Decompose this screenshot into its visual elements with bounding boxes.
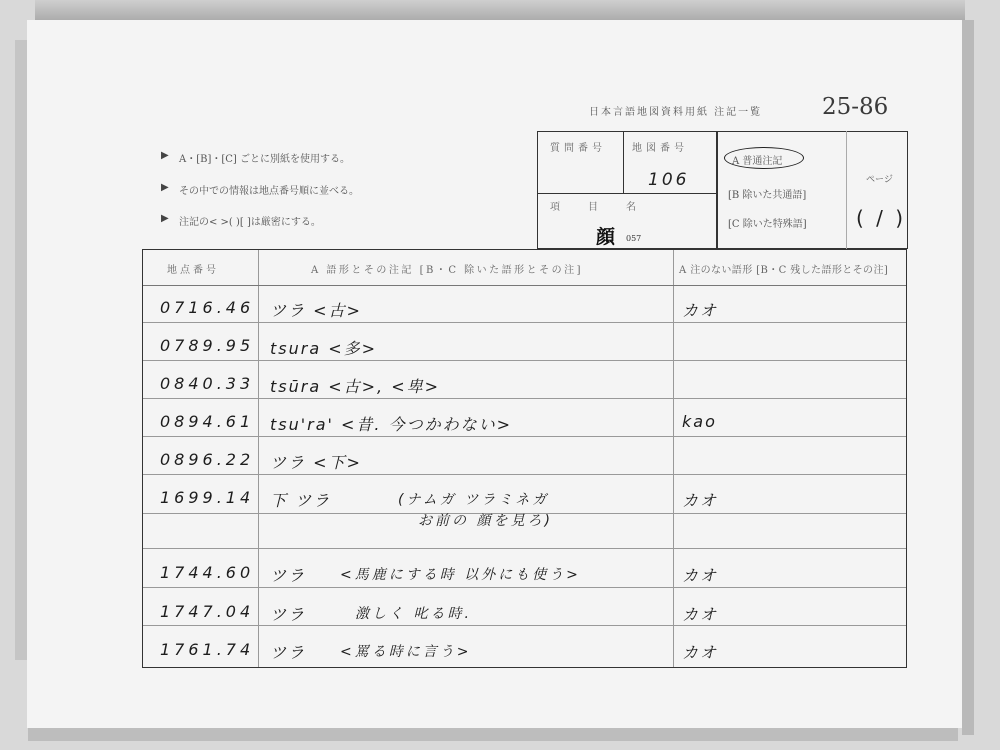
row-rule: [143, 360, 906, 361]
background-shadow: [28, 727, 958, 741]
column-header-plain: A 注のない語形 [B・C 残した語形とその注]: [679, 261, 888, 276]
row-rule: [143, 548, 906, 549]
item-code: 057: [626, 234, 641, 243]
word-form: tsūra <古>, <卑>: [270, 374, 440, 397]
category-c: [C 除いた特殊語]: [728, 215, 807, 230]
instructions: ▶ A・[B]・[C] ごとに別紙を使用する。 ▶ その中での情報は地点番号順に…: [161, 150, 359, 245]
row-rule: [143, 474, 906, 475]
instruction-item: ▶ その中での情報は地点番号順に並べる。: [161, 182, 359, 214]
triangle-bullet-icon: ▶: [161, 213, 179, 224]
word-form: ツラ: [270, 640, 306, 663]
row-rule: [143, 625, 906, 626]
point-number: 1747.04: [160, 602, 254, 621]
annotation-table: 地点番号 A 語形とその注記 [B・C 除いた語形とその注] A 注のない語形 …: [142, 249, 907, 668]
word-form: 下 ツラ: [270, 488, 331, 511]
triangle-bullet-icon: ▶: [161, 182, 179, 193]
divider: [623, 131, 624, 194]
point-number: 1744.60: [160, 563, 254, 582]
sheet-title: 日本言語地図資料用紙 注記一覧: [589, 103, 762, 118]
plain-form: カオ: [682, 563, 718, 586]
point-number: 1761.74: [160, 640, 254, 659]
header-divider: [143, 285, 906, 286]
row-rule: [143, 587, 906, 588]
background-shadow: [962, 20, 974, 735]
column-divider: [258, 250, 259, 667]
word-form: ツラ <古>: [270, 298, 362, 321]
word-form: tsura <多>: [270, 336, 377, 359]
word-form: tsu'ra' <昔. 今つかわない>: [270, 412, 512, 435]
item-name-label: 項目名: [550, 198, 664, 213]
plain-form: カオ: [682, 602, 718, 625]
point-number: 0896.22: [160, 450, 254, 469]
instruction-text: A・[B]・[C] ごとに別紙を使用する。: [179, 150, 350, 165]
row-rule: [143, 398, 906, 399]
row-rule: [143, 322, 906, 323]
instruction-item: ▶ 注記の< >( )[ ]は厳密にする。: [161, 213, 359, 245]
background-shadow: [35, 0, 965, 22]
triangle-bullet-icon: ▶: [161, 150, 179, 161]
page-value: ( / ): [856, 206, 906, 230]
annotation-note: (ナムガ ツラミネガ: [398, 489, 549, 509]
instruction-text: 注記の< >( )[ ]は厳密にする。: [179, 213, 321, 228]
question-number-label: 質問番号: [550, 139, 606, 154]
map-number-label: 地図番号: [632, 139, 688, 154]
word-form: ツラ: [270, 602, 306, 625]
point-number: 1699.14: [160, 488, 254, 507]
point-number: 0716.46: [160, 298, 254, 317]
plain-form: カオ: [682, 298, 718, 321]
instruction-item: ▶ A・[B]・[C] ごとに別紙を使用する。: [161, 150, 359, 182]
divider: [846, 131, 847, 249]
annotation-note-continued: お前の 顔を見ろ): [418, 510, 553, 530]
divider: [537, 193, 718, 194]
page-label: ページ: [866, 172, 893, 185]
row-rule: [143, 436, 906, 437]
item-name-value: 顔: [596, 222, 615, 249]
background-shadow: [15, 40, 27, 660]
word-form: ツラ <下>: [270, 450, 362, 473]
point-number: 0840.33: [160, 374, 254, 393]
annotation-note: 激しく 叱る時.: [355, 603, 472, 623]
annotation-note: <馬鹿にする時 以外にも使う>: [340, 564, 581, 584]
annotation-note: <罵る時に言う>: [340, 641, 471, 661]
instruction-text: その中での情報は地点番号順に並べる。: [179, 182, 359, 197]
map-number-value: 106: [648, 170, 689, 190]
category-b: [B 除いた共通語]: [728, 186, 806, 201]
column-divider: [673, 250, 674, 667]
plain-form: カオ: [682, 488, 718, 511]
column-header-form: A 語形とその注記 [B・C 除いた語形とその注]: [311, 261, 583, 276]
category-a: A 普通注記: [732, 152, 782, 167]
plain-form: kao: [682, 412, 717, 431]
point-number: 0894.61: [160, 412, 254, 431]
point-number: 0789.95: [160, 336, 254, 355]
sheet-number: 25-86: [822, 94, 888, 120]
column-header-point: 地点番号: [167, 261, 219, 276]
word-form: ツラ: [270, 563, 306, 586]
plain-form: カオ: [682, 640, 718, 663]
